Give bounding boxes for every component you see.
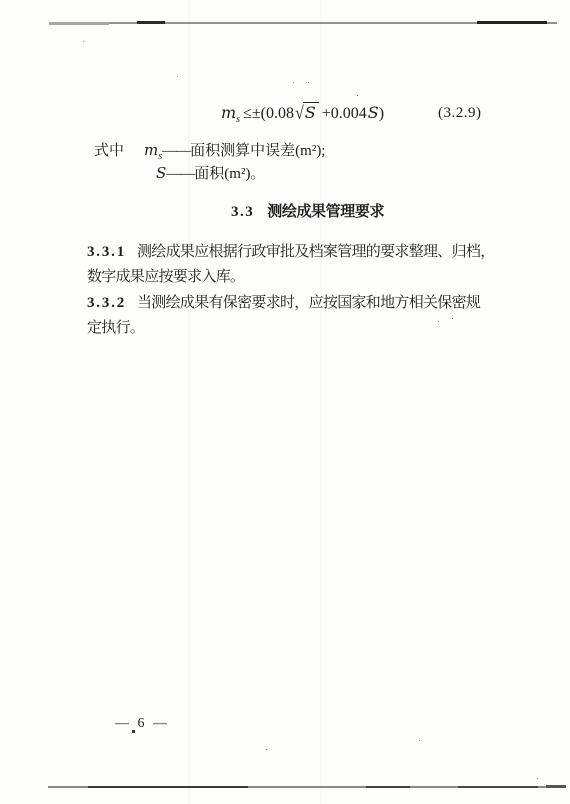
scan-edge-segment xyxy=(366,786,410,788)
scan-edge-segment xyxy=(546,785,566,788)
where-clause-line-2: S——面积(m²)。 xyxy=(156,162,265,183)
section-number: 3.3 xyxy=(231,204,254,220)
formula-plus-term: +0.004 xyxy=(319,105,368,122)
scanned-document-page: ms≤±(0.08√S+0.004S) (3.2.9) 式中ms——面积测算中误… xyxy=(0,0,570,804)
clause-text: 定执行。 xyxy=(87,320,144,336)
clause-block: 3.3.1测绘成果应根据行政审批及档案管理的要求整理、归档， 数字成果应按要求入… xyxy=(87,240,499,342)
where-label: 式中 xyxy=(94,143,124,159)
where-variable: m xyxy=(144,141,158,159)
where-variable: S xyxy=(156,164,166,182)
square-root: √S xyxy=(295,105,319,122)
clause-line: 3.3.2当测绘成果有保密要求时，应按国家和地方相关保密规 xyxy=(87,291,499,316)
equation-number: (3.2.9) xyxy=(438,105,482,122)
scan-edge-segment xyxy=(458,786,538,788)
scan-noise-specks xyxy=(0,0,1,1)
scan-edge-segment xyxy=(137,21,165,24)
clause-text: 数字成果应按要求入库。 xyxy=(87,269,244,285)
where-description: 面积(m²)。 xyxy=(194,166,265,182)
scan-edge-segment xyxy=(477,21,547,24)
radical-sign: √ xyxy=(295,104,304,124)
page-number: — 6 — xyxy=(115,716,170,732)
section-heading: 3.3测绘成果管理要求 xyxy=(231,200,384,221)
section-title: 测绘成果管理要求 xyxy=(267,204,384,220)
formula-3-2-9: ms≤±(0.08√S+0.004S) xyxy=(221,103,384,125)
where-description: 面积测算中误差(m²); xyxy=(190,143,325,159)
formula-close-paren: ) xyxy=(379,105,384,122)
clause-number: 3.3.2 xyxy=(87,295,126,311)
formula-row: ms≤±(0.08√S+0.004S) (3.2.9) xyxy=(0,103,570,131)
clause-line: 3.3.1测绘成果应根据行政审批及档案管理的要求整理、归档， xyxy=(87,240,499,265)
scan-edge-segment xyxy=(49,22,109,25)
formula-term-variable: S xyxy=(368,103,379,122)
clause-line: 定执行。 xyxy=(87,316,499,341)
formula-variable: m xyxy=(221,103,236,122)
where-clause-line-1: 式中ms——面积测算中误差(m²); xyxy=(94,139,325,162)
clause-number: 3.3.1 xyxy=(87,244,126,260)
formula-relation: ≤±(0.08 xyxy=(240,105,295,122)
scan-edge-top xyxy=(49,22,557,24)
clause-text: 测绘成果应根据行政审批及档案管理的要求整理、归档， xyxy=(137,244,495,260)
where-dash: —— xyxy=(162,143,190,159)
scan-edge-bottom xyxy=(48,786,565,788)
clause-line: 数字成果应按要求入库。 xyxy=(87,265,499,290)
clause-text: 当测绘成果有保密要求时，应按国家和地方相关保密规 xyxy=(137,295,480,311)
scan-edge-segment xyxy=(88,786,248,788)
where-dash: —— xyxy=(166,166,194,182)
radicand: S xyxy=(303,102,319,122)
